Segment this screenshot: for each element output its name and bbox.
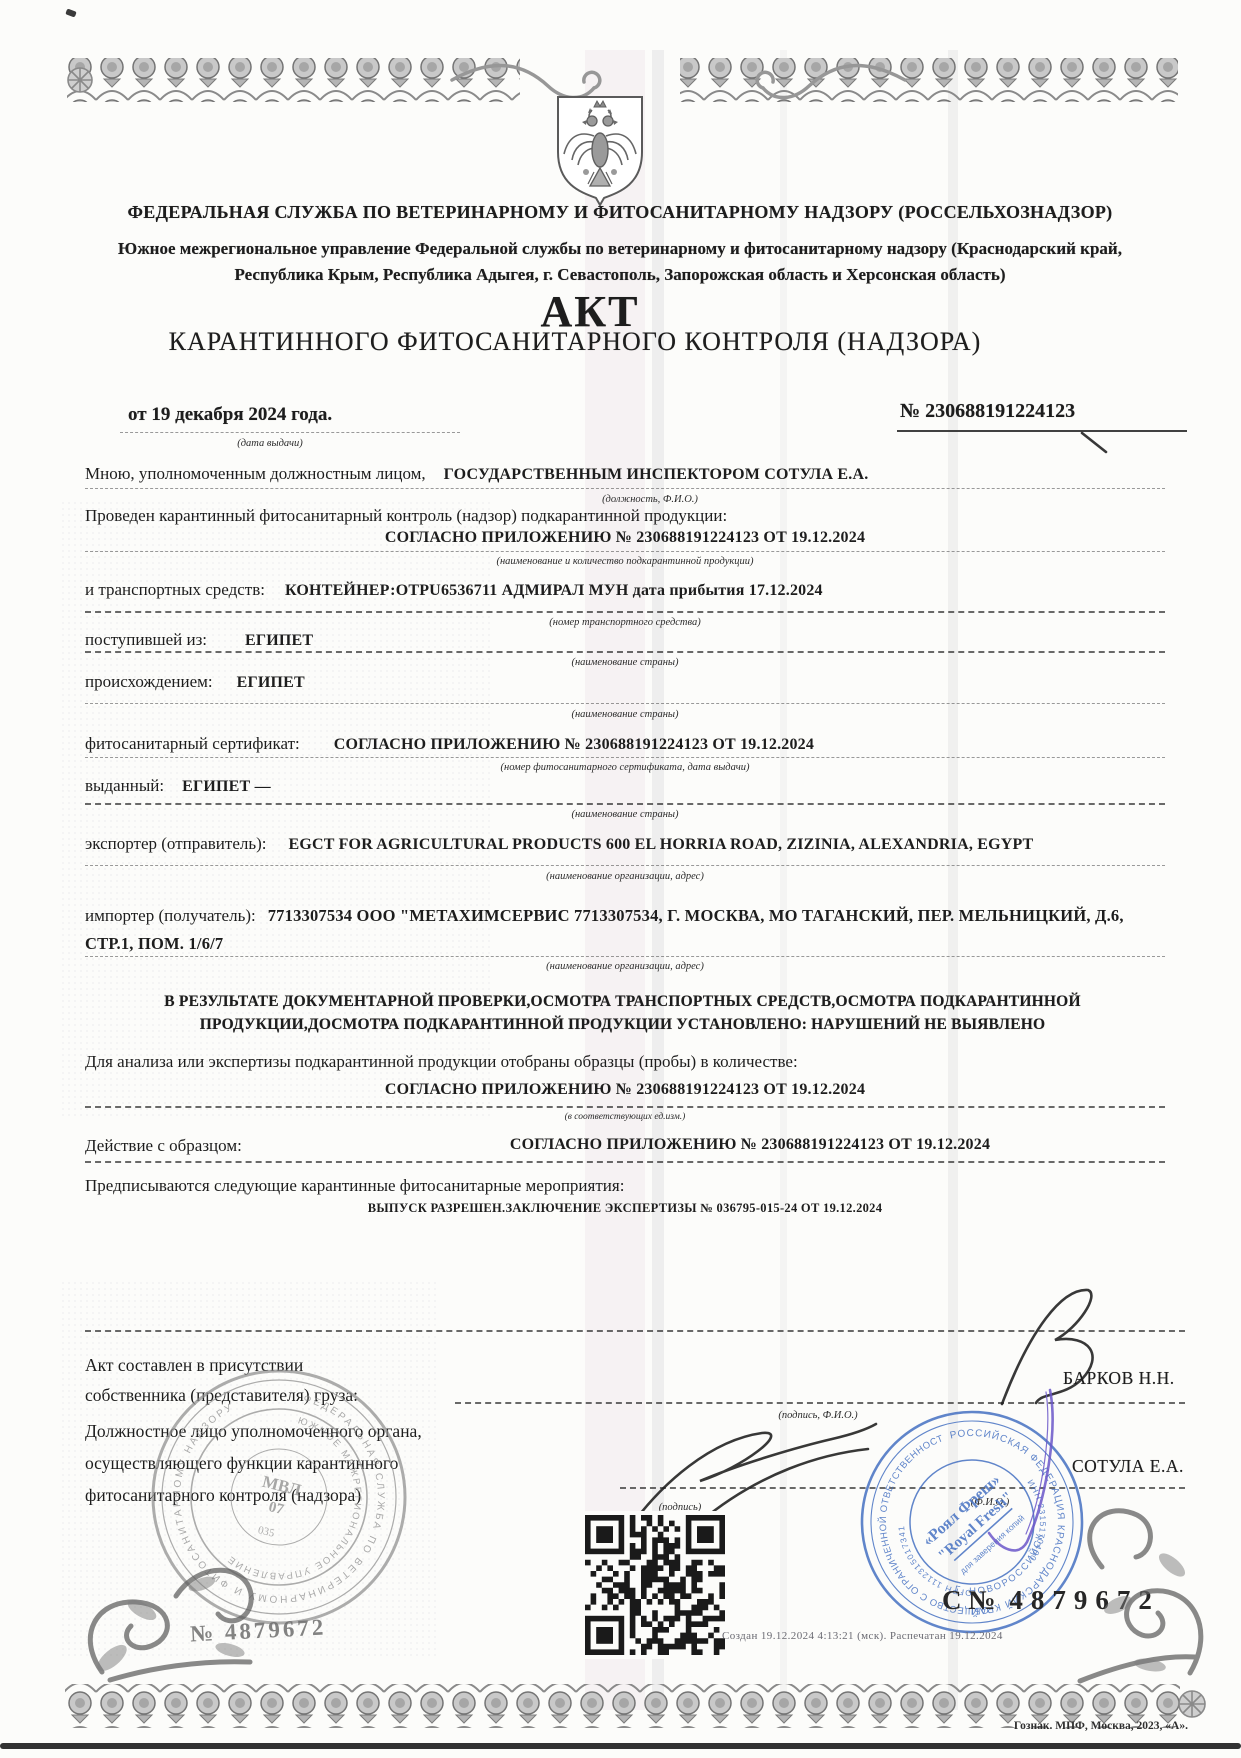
field-measures-label: Предписываются следующие карантинные фит…: [85, 1176, 1175, 1196]
date-caption: (дата выдачи): [170, 438, 370, 449]
number-underline: [897, 430, 1187, 432]
issue-date: от 19 декабря 2024 года.: [128, 404, 332, 426]
field-origin: происхождением: ЕГИПЕТ: [85, 672, 1175, 692]
fill-line: [85, 1330, 1185, 1332]
field-value: ЕГИПЕТ: [245, 632, 313, 649]
print-timestamp: Создан 19.12.2024 4:13:21 (мск). Распеча…: [722, 1630, 1003, 1642]
fill-line: [85, 956, 1165, 957]
field-caption: (номер транспортного средства): [85, 617, 1165, 628]
corner-ornament-bottom-right: [1040, 1505, 1210, 1695]
field-measures-value: ВЫПУСК РАЗРЕШЕН.ЗАКЛЮЧЕНИЕ ЭКСПЕРТИЗЫ № …: [85, 1201, 1165, 1216]
field-sample-action-label: Действие с образцом:: [85, 1136, 242, 1156]
field-label: импортер (получатель):: [85, 906, 256, 925]
field-samples-value: СОГЛАСНО ПРИЛОЖЕНИЮ № 230688191224123 ОТ…: [85, 1081, 1165, 1099]
department-title: Южное межрегиональное управление Федерал…: [75, 236, 1165, 288]
field-arrived-from: поступившей из: ЕГИПЕТ: [85, 630, 1175, 650]
field-label: фитосанитарный сертификат:: [85, 734, 300, 753]
field-value: EGCT FOR AGRICULTURAL PRODUCTS 600 EL HO…: [289, 836, 1034, 853]
field-product-value: СОГЛАСНО ПРИЛОЖЕНИЮ № 230688191224123 ОТ…: [85, 529, 1165, 547]
document-subtitle: КАРАНТИННОГО ФИТОСАНИТАРНОГО КОНТРОЛЯ (Н…: [0, 327, 1150, 357]
coat-of-arms: [548, 92, 652, 207]
field-caption: (наименование страны): [85, 709, 1165, 720]
fill-line: [85, 488, 1165, 489]
field-samples-label: Для анализа или экспертизы подкарантинно…: [85, 1052, 1175, 1072]
qr-code: [585, 1515, 725, 1655]
fill-line: [85, 551, 1165, 552]
field-label: Мною, уполномоченным должностным лицом,: [85, 464, 426, 483]
fill-line: [85, 803, 1165, 805]
field-product-label: Проведен карантинный фитосанитарный конт…: [85, 506, 1175, 526]
witness-name: БАРКОВ Н.Н.: [1063, 1368, 1175, 1389]
fill-line: [120, 432, 460, 433]
form-serial-series: С №: [942, 1585, 995, 1615]
field-importer: импортер (получатель): 7713307534 ООО "М…: [85, 902, 1165, 958]
inspection-result: В РЕЗУЛЬТАТЕ ДОКУМЕНТАРНОЙ ПРОВЕРКИ,ОСМО…: [85, 990, 1160, 1036]
fill-line: [85, 611, 1165, 613]
field-caption: (наименование организации, адрес): [85, 871, 1165, 882]
field-label: и транспортных средств:: [85, 580, 265, 599]
fill-line: [85, 703, 1165, 704]
field-sample-action-value: СОГЛАСНО ПРИЛОЖЕНИЮ № 230688191224123 ОТ…: [300, 1136, 1200, 1154]
field-label: поступившей из:: [85, 630, 207, 649]
svg-text:035: 035: [257, 1524, 276, 1540]
scan-edge: [0, 1743, 1241, 1749]
field-caption: (наименование страны): [85, 657, 1165, 668]
field-transport: и транспортных средств: КОНТЕЙНЕР:OTPU65…: [85, 580, 1175, 600]
field-caption: (номер фитосанитарного сертификата, дата…: [85, 762, 1165, 773]
field-certificate: фитосанитарный сертификат: СОГЛАСНО ПРИЛ…: [85, 734, 1175, 754]
pen-tick: [1082, 433, 1106, 452]
field-label: выданный:: [85, 776, 164, 795]
field-official: Мною, уполномоченным должностным лицом, …: [85, 464, 1175, 484]
field-caption: (должность, Ф.И.О.): [400, 494, 900, 505]
field-value: СОГЛАСНО ПРИЛОЖЕНИЮ № 230688191224123 ОТ…: [334, 736, 814, 753]
corner-ornament-bottom-left: [80, 1540, 330, 1695]
field-caption: (наименование страны): [85, 809, 1165, 820]
field-caption: (наименование организации, адрес): [85, 961, 1165, 972]
fill-line: [85, 865, 1165, 866]
fill-line: [85, 757, 1165, 758]
document-number: № 230688191224123: [900, 400, 1075, 423]
document-page: ФЕДЕРАЛЬНАЯ СЛУЖБА ПО ВЕТЕРИНАРНОМУ И ФИ…: [0, 0, 1241, 1758]
fill-line: [85, 1161, 1165, 1163]
agency-title: ФЕДЕРАЛЬНАЯ СЛУЖБА ПО ВЕТЕРИНАРНОМУ И ФИ…: [60, 202, 1180, 223]
svg-text:07: 07: [267, 1499, 286, 1518]
field-value: КОНТЕЙНЕР:OTPU6536711 АДМИРАЛ МУН дата п…: [285, 582, 823, 599]
field-label: экспортер (отправитель):: [85, 834, 267, 853]
field-value: ЕГИПЕТ: [237, 674, 305, 691]
field-issued-by: выданный: ЕГИПЕТ —: [85, 776, 1175, 796]
svg-text:МВЛ: МВЛ: [260, 1472, 303, 1500]
fill-line: [85, 651, 1165, 653]
signature-line: [455, 1402, 1185, 1404]
field-value: ЕГИПЕТ —: [182, 778, 271, 795]
field-caption: (наименование и количество подкарантинно…: [85, 556, 1165, 567]
printer-imprint: Гознак. МПФ, Москва, 2023, «А».: [885, 1720, 1188, 1732]
field-value: ГОСУДАРСТВЕННЫМ ИНСПЕКТОРОМ СОТУЛА Е.А.: [444, 466, 869, 483]
field-label: происхождением:: [85, 672, 213, 691]
fill-line: [85, 1106, 1165, 1108]
field-caption: (в соответствующих ед.изм.): [85, 1112, 1165, 1122]
field-exporter: экспортер (отправитель): EGCT FOR AGRICU…: [85, 834, 1185, 854]
